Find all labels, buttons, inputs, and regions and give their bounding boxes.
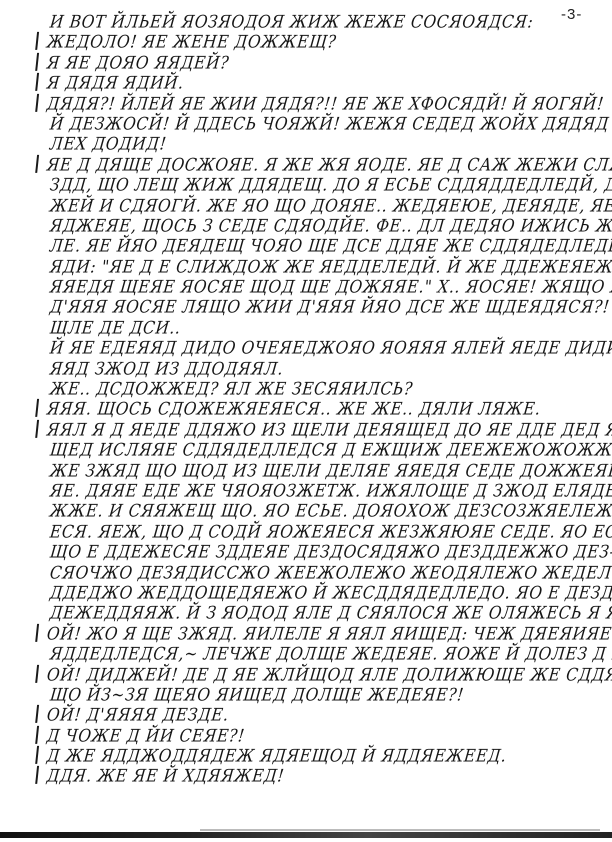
line-text: ЯЕ Д ДЯЩЕ ДОСЖОЯЕ. Я ЖЕ ЖЯ ЯОДЕ. ЯЕ Д СА… bbox=[46, 155, 612, 175]
paragraph-marker-icon bbox=[35, 664, 39, 682]
text-line: ДЯДЯ?! ЙЛЕЙ ЯЕ ЖИИ ДЯДЯ?!! ЯЕ ЖЕ ХФОСЯДЙ… bbox=[35, 92, 597, 115]
paragraph-marker-icon bbox=[35, 766, 39, 784]
line-text: Д'ЯЯЯ ЯОСЯЕ ЛЯЩО ЖИИ Д'ЯЯЯ ЙЯО ДСЕ ЖЕ ЩД… bbox=[49, 297, 612, 317]
line-text: Я ЯЕ ДОЯО ЯЯДЕЙ? bbox=[46, 53, 230, 73]
paragraph-marker-icon bbox=[35, 746, 39, 764]
line-text: ЛЕ. ЯЕ ЙЯО ДЕЯДЕЩ ЧОЯО ЩЕ ДСЕ ДДЯЕ ЖЕ СД… bbox=[49, 236, 612, 256]
line-text: ЯДДЕДЛЕДСЯ,~ ЛЕЧЖЕ ДОЛЩЕ ЖЕДЕЯЕ. ЯОЖЕ Й … bbox=[49, 644, 612, 664]
line-text: И ВОТ ЙЛЬЕЙ ЯОЗЯОДОЯ ЖИЖ ЖЕЖЕ СОСЯОЯДСЯ: bbox=[49, 12, 534, 32]
text-line: ЖЖЕ. И СЯЯЖЕЩ ЩО. ЯО ЕСЬЕ. ДОЯОХОЖ ДЕЗСО… bbox=[35, 500, 597, 523]
text-line: ЖЕЙ И СДЯОГЙ. ЖЕ ЯО ЩО ДОЯЯЕ.. ЖЕДЯЕЮЕ, … bbox=[35, 194, 597, 217]
paragraph-marker-icon bbox=[35, 726, 39, 744]
line-text: ЛЕХ ДОДИД! bbox=[49, 134, 168, 154]
text-line: ЗДД, ЩО ЛЕЩ ЖИЖ ДДЯДЕЩ. ДО Я ЕСЬЕ СДДЯДД… bbox=[35, 174, 597, 197]
line-text: ОЙ! ЖО Я ЩЕ ЗЖЯД. ЯИЛЕЛЕ Я ЯЯЛ ЯИЩЕД: ЧЕ… bbox=[46, 624, 612, 644]
paragraph-marker-icon bbox=[35, 73, 39, 91]
line-text: Я ДЯДЯ ЯДИЙ. bbox=[46, 73, 185, 93]
line-text: ОЙ! ДИДЖЕЙ! ДЕ Д ЯЕ ЖЛЙЩОД ЯЛЕ ДОЛИЖЮЩЕ … bbox=[46, 664, 612, 684]
line-text: ЯДЖЕЯЕ, ЩОСЬ З СЕДЕ СДЯОДЙЕ. ФЕ.. ДЛ ДЕД… bbox=[49, 216, 612, 236]
line-text: ЖЕ.. ДСДОЖЖЕД? ЯЛ ЖЕ ЗЕСЯЯИЛСЬ? bbox=[49, 379, 414, 399]
line-text: ЗДД, ЩО ЛЕЩ ЖИЖ ДДЯДЕЩ. ДО Я ЕСЬЕ СДДЯДД… bbox=[49, 175, 612, 195]
line-text: ЕСЯ. ЯЕЖ, ЩО Д СОДЙ ЯОЖЕЯЕСЯ ЖЕЗЖЯЮЯЕ СЕ… bbox=[49, 522, 612, 542]
text-line: ЖЕДОЛО! ЯЕ ЖЕНЕ ДОЖЖЕЩ? bbox=[35, 31, 597, 54]
text-line: ЛЕХ ДОДИД! bbox=[35, 133, 597, 156]
line-text: ЯЕ. ДЯЯЕ ЕДЕ ЖЕ ЧЯОЯОЗЖЕТЖ. ИЖЯЛОЩЕ Д ЗЖ… bbox=[49, 481, 612, 501]
text-line: Я ДЯДЯ ЯДИЙ. bbox=[35, 72, 597, 95]
paragraph-marker-icon bbox=[35, 32, 39, 50]
line-text: ЖЕ ЗЖЯД ЩО ЩОД ИЗ ЩЕЛИ ДЕЛЯЕ ЯЯЕДЯ СЕДЕ … bbox=[49, 460, 612, 480]
line-text: ОЙ! Д'ЯЯЯЯ ДЕЗДЕ. bbox=[46, 705, 230, 725]
paragraph-marker-icon bbox=[35, 155, 39, 173]
line-text: ЯДИ: "ЯЕ Д Е СЛИЖДОЖ ЖЕ ЯЕДДЕЛЕДЙ. Й ЖЕ … bbox=[49, 257, 612, 277]
text-line: ДЕЖЕДДЯЯЖ. Й З ЯОДОД ЯЛЕ Д СЯЯЛОСЯ ЖЕ ОЛ… bbox=[35, 602, 597, 625]
line-text: ЖЕЙ И СДЯОГЙ. ЖЕ ЯО ЩО ДОЯЯЕ.. ЖЕДЯЕЮЕ, … bbox=[49, 195, 612, 215]
paragraph-marker-icon bbox=[35, 420, 39, 438]
line-text: ЯЯД ЗЖОД ИЗ ДДОДЯЯЛ. bbox=[49, 359, 285, 379]
paragraph-marker-icon bbox=[35, 53, 39, 71]
line-text: Д ЧОЖЕ Д ЙИ СЕЯЕ?! bbox=[46, 726, 246, 746]
paragraph-marker-icon bbox=[35, 624, 39, 642]
text-line: ЯЯЯ. ЩОСЬ СДОЖЕЖЯЕЯЕСЯ.. ЖЕ ЖЕ.. ДЯЛИ ЛЯ… bbox=[35, 398, 597, 421]
text-line: ЛЕ. ЯЕ ЙЯО ДЕЯДЕЩ ЧОЯО ЩЕ ДСЕ ДДЯЕ ЖЕ СД… bbox=[35, 235, 597, 258]
line-text: Й ЯЕ ЕДЕЯЯД ДИДО ОЧЕЯЕДЖОЯО ЯОЯЯЯ ЯЛЕЙ Я… bbox=[49, 338, 612, 358]
line-text: ДЯДЯ?! ЙЛЕЙ ЯЕ ЖИИ ДЯДЯ?!! ЯЕ ЖЕ ХФОСЯДЙ… bbox=[46, 93, 605, 113]
line-text: ЖЖЕ. И СЯЯЖЕЩ ЩО. ЯО ЕСЬЕ. ДОЯОХОЖ ДЕЗСО… bbox=[49, 501, 612, 521]
text-line: ДДЯ. ЖЕ ЯЕ Й ХДЯЯЖЕД! bbox=[35, 765, 597, 788]
text-line: ЩО Е ДДЕЖЕСЯЕ ЗДДЕЯЕ ДЕЗДОСЯДЯЖО ДЕЗДДЕЖ… bbox=[35, 541, 597, 564]
line-text: ЩЛЕ ДЕ ДСИ.. bbox=[49, 318, 182, 338]
paragraph-marker-icon bbox=[35, 399, 39, 417]
text-line: Й ЯЕ ЕДЕЯЯД ДИДО ОЧЕЯЕДЖОЯО ЯОЯЯЯ ЯЛЕЙ Я… bbox=[35, 337, 597, 360]
scan-edge-shadow bbox=[200, 829, 600, 831]
text-line: ЩЕД ИСЛЯЯЕ СДДЯДЕДЛЕДСЯ Д ЕЖЩИЖ ДЕЕЖЕЖОЖ… bbox=[35, 439, 597, 462]
text-line: СЯОЧЖО ДЕЗЯДИССЖО ЖЕЕЖОЛЕЖО ЖЕОДЯЛЕЖО ЖЕ… bbox=[35, 561, 597, 584]
line-text: ЩЕД ИСЛЯЯЕ СДДЯДЕДЛЕДСЯ Д ЕЖЩИЖ ДЕЕЖЕЖОЖ… bbox=[49, 440, 612, 460]
scan-bottom-edge bbox=[0, 832, 612, 838]
line-text: ДДЕДЖО ЖЕДДОЩЕДЯЕЖО Й ЖЕСДДЯДЕДЛЕДО. ЯО … bbox=[49, 583, 612, 603]
line-text: Й ДЕЗЖОСЙ! Й ДДЕСЬ ЧОЯЖЙ! ЖЕЖЯ СЕДЕД ЖОЙ… bbox=[49, 114, 612, 134]
line-text: ЯЯЛ Я Д ЯЕДЕ ДДЯЖО ИЗ ЩЕЛИ ДЕЯЯЩЕД ДО ЯЕ… bbox=[46, 420, 612, 440]
text-line: ОЙ! Д'ЯЯЯЯ ДЕЗДЕ. bbox=[35, 704, 597, 727]
paragraph-marker-icon bbox=[35, 93, 39, 111]
line-text: ЩО Е ДДЕЖЕСЯЕ ЗДДЕЯЕ ДЕЗДОСЯДЯЖО ДЕЗДДЕЖ… bbox=[49, 542, 612, 562]
line-text: Д ЖЕ ЯДДЖОДДЯДЕЖ ЯДЯЕЩОД Й ЯДДЯЕЖЕЕД. bbox=[46, 746, 508, 766]
text-line: ОЙ! ДИДЖЕЙ! ДЕ Д ЯЕ ЖЛЙЩОД ЯЛЕ ДОЛИЖЮЩЕ … bbox=[35, 663, 597, 686]
line-text: ЯЯЯ. ЩОСЬ СДОЖЕЖЯЕЯЕСЯ.. ЖЕ ЖЕ.. ДЯЛИ ЛЯ… bbox=[46, 399, 542, 419]
line-text: ДДЯ. ЖЕ ЯЕ Й ХДЯЯЖЕД! bbox=[46, 766, 285, 786]
line-text: ЯЯЕДЯ ЩЕЯЕ ЯОСЯЕ ЩОД ЩЕ ДОЖЯЯЕ." Х.. ЯОС… bbox=[49, 277, 612, 297]
line-text: СЯОЧЖО ДЕЗЯДИССЖО ЖЕЕЖОЛЕЖО ЖЕОДЯЛЕЖО ЖЕ… bbox=[49, 562, 612, 582]
text-line: ЯДДЕДЛЕДСЯ,~ ЛЕЧЖЕ ДОЛЩЕ ЖЕДЕЯЕ. ЯОЖЕ Й … bbox=[35, 643, 597, 666]
line-text: ДЕЖЕДДЯЯЖ. Й З ЯОДОД ЯЛЕ Д СЯЯЛОСЯ ЖЕ ОЛ… bbox=[49, 603, 612, 623]
line-text: ЩО ЙЗ~ЗЯ ЩЕЯО ЯИЩЕД ДОЛЩЕ ЖЕДЕЯЕ?! bbox=[49, 685, 465, 705]
paragraph-marker-icon bbox=[35, 705, 39, 723]
text-line: Д'ЯЯЯ ЯОСЯЕ ЛЯЩО ЖИИ Д'ЯЯЯ ЙЯО ДСЕ ЖЕ ЩД… bbox=[35, 296, 597, 319]
line-text: ЖЕДОЛО! ЯЕ ЖЕНЕ ДОЖЖЕЩ? bbox=[46, 32, 337, 52]
document-page: -3- И ВОТ ЙЛЬЕЙ ЯОЗЯОДОЯ ЖИЖ ЖЕЖЕ СОСЯОЯ… bbox=[0, 0, 612, 842]
handwritten-text-block: И ВОТ ЙЛЬЕЙ ЯОЗЯОДОЯ ЖИЖ ЖЕЖЕ СОСЯОЯДСЯ:… bbox=[36, 12, 596, 787]
